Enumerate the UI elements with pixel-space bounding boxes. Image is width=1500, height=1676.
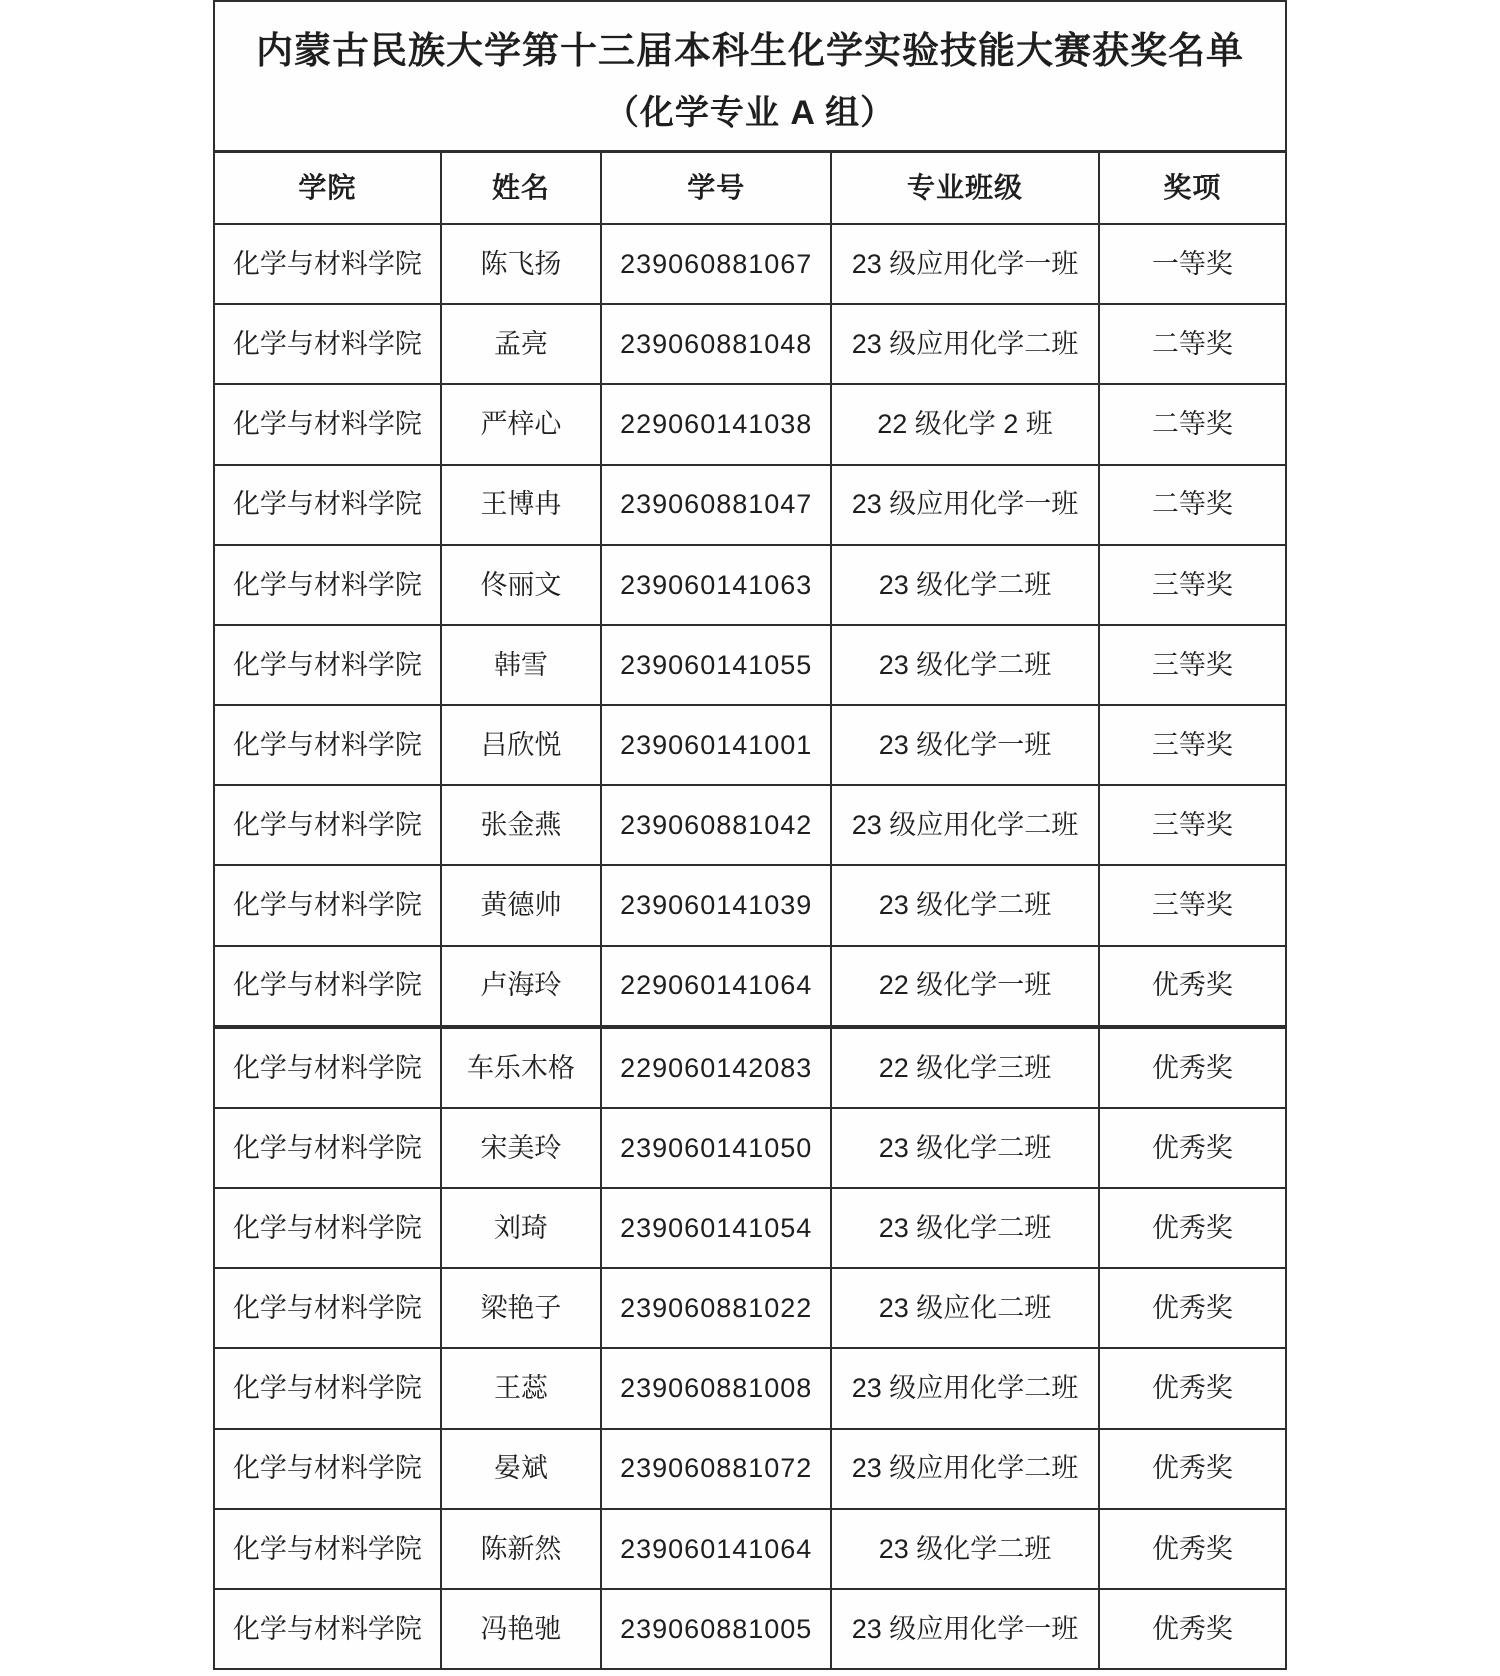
cell-award: 优秀奖 bbox=[1098, 947, 1285, 1025]
cell-class: 23 级应用化学二班 bbox=[830, 305, 1098, 383]
cell-class: 22 级化学一班 bbox=[830, 947, 1098, 1025]
cell-student-id: 229060141064 bbox=[600, 947, 830, 1025]
cell-college: 化学与材料学院 bbox=[215, 1029, 440, 1107]
table-row: 化学与材料学院 陈飞扬 239060881067 23 级应用化学一班 一等奖 bbox=[215, 223, 1285, 303]
document-title: 内蒙古民族大学第十三届本科生化学实验技能大赛获奖名单 bbox=[225, 20, 1275, 74]
cell-award: 优秀奖 bbox=[1098, 1430, 1285, 1508]
cell-college: 化学与材料学院 bbox=[215, 1590, 440, 1668]
cell-name: 刘琦 bbox=[440, 1189, 601, 1267]
cell-student-id: 239060881022 bbox=[600, 1269, 830, 1347]
cell-award: 三等奖 bbox=[1098, 866, 1285, 944]
table-row: 化学与材料学院 王蕊 239060881008 23 级应用化学二班 优秀奖 bbox=[215, 1347, 1285, 1427]
cell-student-id: 229060142083 bbox=[600, 1029, 830, 1107]
table-row: 化学与材料学院 陈新然 239060141064 23 级化学二班 优秀奖 bbox=[215, 1508, 1285, 1588]
cell-award: 三等奖 bbox=[1098, 626, 1285, 704]
cell-student-id: 239060141054 bbox=[600, 1189, 830, 1267]
cell-award: 优秀奖 bbox=[1098, 1510, 1285, 1588]
cell-award: 优秀奖 bbox=[1098, 1109, 1285, 1187]
cell-college: 化学与材料学院 bbox=[215, 466, 440, 544]
cell-award: 优秀奖 bbox=[1098, 1349, 1285, 1427]
cell-class: 23 级化学一班 bbox=[830, 706, 1098, 784]
cell-class: 22 级化学 2 班 bbox=[830, 385, 1098, 463]
cell-college: 化学与材料学院 bbox=[215, 947, 440, 1025]
header-class: 专业班级 bbox=[830, 153, 1098, 223]
cell-class: 23 级化学二班 bbox=[830, 1510, 1098, 1588]
cell-name: 卢海玲 bbox=[440, 947, 601, 1025]
cell-class: 23 级化学二班 bbox=[830, 546, 1098, 624]
table-row: 化学与材料学院 冯艳驰 239060881005 23 级应用化学一班 优秀奖 bbox=[215, 1588, 1285, 1668]
cell-college: 化学与材料学院 bbox=[215, 626, 440, 704]
cell-class: 23 级化学二班 bbox=[830, 1189, 1098, 1267]
cell-student-id: 239060141063 bbox=[600, 546, 830, 624]
header-award: 奖项 bbox=[1098, 153, 1285, 223]
cell-college: 化学与材料学院 bbox=[215, 546, 440, 624]
cell-name: 孟亮 bbox=[440, 305, 601, 383]
table-row: 化学与材料学院 卢海玲 229060141064 22 级化学一班 优秀奖 bbox=[215, 945, 1285, 1025]
cell-college: 化学与材料学院 bbox=[215, 1430, 440, 1508]
table-row: 化学与材料学院 张金燕 239060881042 23 级应用化学二班 三等奖 bbox=[215, 784, 1285, 864]
cell-student-id: 239060881047 bbox=[600, 466, 830, 544]
cell-class: 22 级化学三班 bbox=[830, 1029, 1098, 1107]
cell-award: 三等奖 bbox=[1098, 706, 1285, 784]
cell-class: 23 级应用化学一班 bbox=[830, 1590, 1098, 1668]
cell-name: 陈新然 bbox=[440, 1510, 601, 1588]
cell-college: 化学与材料学院 bbox=[215, 1189, 440, 1267]
cell-name: 佟丽文 bbox=[440, 546, 601, 624]
cell-college: 化学与材料学院 bbox=[215, 385, 440, 463]
cell-student-id: 239060881042 bbox=[600, 786, 830, 864]
cell-college: 化学与材料学院 bbox=[215, 305, 440, 383]
cell-name: 王博冉 bbox=[440, 466, 601, 544]
cell-college: 化学与材料学院 bbox=[215, 786, 440, 864]
cell-name: 陈飞扬 bbox=[440, 225, 601, 303]
cell-name: 冯艳驰 bbox=[440, 1590, 601, 1668]
cell-class: 23 级应用化学一班 bbox=[830, 225, 1098, 303]
cell-name: 张金燕 bbox=[440, 786, 601, 864]
cell-student-id: 239060141055 bbox=[600, 626, 830, 704]
cell-name: 车乐木格 bbox=[440, 1029, 601, 1107]
cell-name: 韩雪 bbox=[440, 626, 601, 704]
table-row: 化学与材料学院 佟丽文 239060141063 23 级化学二班 三等奖 bbox=[215, 544, 1285, 624]
cell-class: 23 级应用化学一班 bbox=[830, 466, 1098, 544]
table-row: 化学与材料学院 吕欣悦 239060141001 23 级化学一班 三等奖 bbox=[215, 704, 1285, 784]
cell-award: 优秀奖 bbox=[1098, 1269, 1285, 1347]
cell-class: 23 级化学二班 bbox=[830, 866, 1098, 944]
table-row: 化学与材料学院 刘琦 239060141054 23 级化学二班 优秀奖 bbox=[215, 1187, 1285, 1267]
cell-name: 宋美玲 bbox=[440, 1109, 601, 1187]
cell-student-id: 239060881072 bbox=[600, 1430, 830, 1508]
cell-award: 三等奖 bbox=[1098, 546, 1285, 624]
cell-award: 二等奖 bbox=[1098, 305, 1285, 383]
table-row: 化学与材料学院 韩雪 239060141055 23 级化学二班 三等奖 bbox=[215, 624, 1285, 704]
header-student-id: 学号 bbox=[600, 153, 830, 223]
header-college: 学院 bbox=[215, 153, 440, 223]
cell-college: 化学与材料学院 bbox=[215, 866, 440, 944]
cell-student-id: 239060141064 bbox=[600, 1510, 830, 1588]
cell-class: 23 级化学二班 bbox=[830, 626, 1098, 704]
table-row: 化学与材料学院 车乐木格 229060142083 22 级化学三班 优秀奖 bbox=[215, 1025, 1285, 1107]
table-header-row: 学院 姓名 学号 专业班级 奖项 bbox=[215, 150, 1285, 223]
cell-name: 王蕊 bbox=[440, 1349, 601, 1427]
award-table: 内蒙古民族大学第十三届本科生化学实验技能大赛获奖名单 （化学专业 A 组） 学院… bbox=[213, 0, 1287, 1670]
cell-name: 严梓心 bbox=[440, 385, 601, 463]
cell-name: 黄德帅 bbox=[440, 866, 601, 944]
cell-college: 化学与材料学院 bbox=[215, 1109, 440, 1187]
table-row: 化学与材料学院 宋美玲 239060141050 23 级化学二班 优秀奖 bbox=[215, 1107, 1285, 1187]
cell-award: 一等奖 bbox=[1098, 225, 1285, 303]
cell-class: 23 级化学二班 bbox=[830, 1109, 1098, 1187]
cell-award: 优秀奖 bbox=[1098, 1029, 1285, 1107]
table-title-cell: 内蒙古民族大学第十三届本科生化学实验技能大赛获奖名单 （化学专业 A 组） bbox=[215, 2, 1285, 150]
cell-student-id: 239060141050 bbox=[600, 1109, 830, 1187]
table-row: 化学与材料学院 晏斌 239060881072 23 级应用化学二班 优秀奖 bbox=[215, 1428, 1285, 1508]
table-row: 化学与材料学院 梁艳子 239060881022 23 级应化二班 优秀奖 bbox=[215, 1267, 1285, 1347]
cell-name: 梁艳子 bbox=[440, 1269, 601, 1347]
cell-award: 优秀奖 bbox=[1098, 1590, 1285, 1668]
cell-college: 化学与材料学院 bbox=[215, 1349, 440, 1427]
cell-student-id: 239060141001 bbox=[600, 706, 830, 784]
cell-award: 优秀奖 bbox=[1098, 1189, 1285, 1267]
cell-class: 23 级应用化学二班 bbox=[830, 1349, 1098, 1427]
cell-class: 23 级应用化学二班 bbox=[830, 786, 1098, 864]
table-row: 化学与材料学院 黄德帅 239060141039 23 级化学二班 三等奖 bbox=[215, 864, 1285, 944]
table-row: 化学与材料学院 王博冉 239060881047 23 级应用化学一班 二等奖 bbox=[215, 464, 1285, 544]
cell-student-id: 239060881005 bbox=[600, 1590, 830, 1668]
cell-student-id: 239060881048 bbox=[600, 305, 830, 383]
cell-college: 化学与材料学院 bbox=[215, 225, 440, 303]
cell-student-id: 239060141039 bbox=[600, 866, 830, 944]
document-subtitle: （化学专业 A 组） bbox=[225, 85, 1275, 134]
cell-award: 二等奖 bbox=[1098, 466, 1285, 544]
cell-college: 化学与材料学院 bbox=[215, 1510, 440, 1588]
cell-class: 23 级应用化学二班 bbox=[830, 1430, 1098, 1508]
cell-class: 23 级应化二班 bbox=[830, 1269, 1098, 1347]
cell-student-id: 239060881067 bbox=[600, 225, 830, 303]
cell-college: 化学与材料学院 bbox=[215, 706, 440, 784]
cell-student-id: 239060881008 bbox=[600, 1349, 830, 1427]
cell-college: 化学与材料学院 bbox=[215, 1269, 440, 1347]
cell-student-id: 229060141038 bbox=[600, 385, 830, 463]
cell-name: 晏斌 bbox=[440, 1430, 601, 1508]
cell-name: 吕欣悦 bbox=[440, 706, 601, 784]
header-name: 姓名 bbox=[440, 153, 601, 223]
table-row: 化学与材料学院 严梓心 229060141038 22 级化学 2 班 二等奖 bbox=[215, 383, 1285, 463]
page: 内蒙古民族大学第十三届本科生化学实验技能大赛获奖名单 （化学专业 A 组） 学院… bbox=[0, 0, 1500, 1676]
cell-award: 二等奖 bbox=[1098, 385, 1285, 463]
table-body: 化学与材料学院 陈飞扬 239060881067 23 级应用化学一班 一等奖 … bbox=[215, 223, 1285, 1668]
table-row: 化学与材料学院 孟亮 239060881048 23 级应用化学二班 二等奖 bbox=[215, 303, 1285, 383]
cell-award: 三等奖 bbox=[1098, 786, 1285, 864]
